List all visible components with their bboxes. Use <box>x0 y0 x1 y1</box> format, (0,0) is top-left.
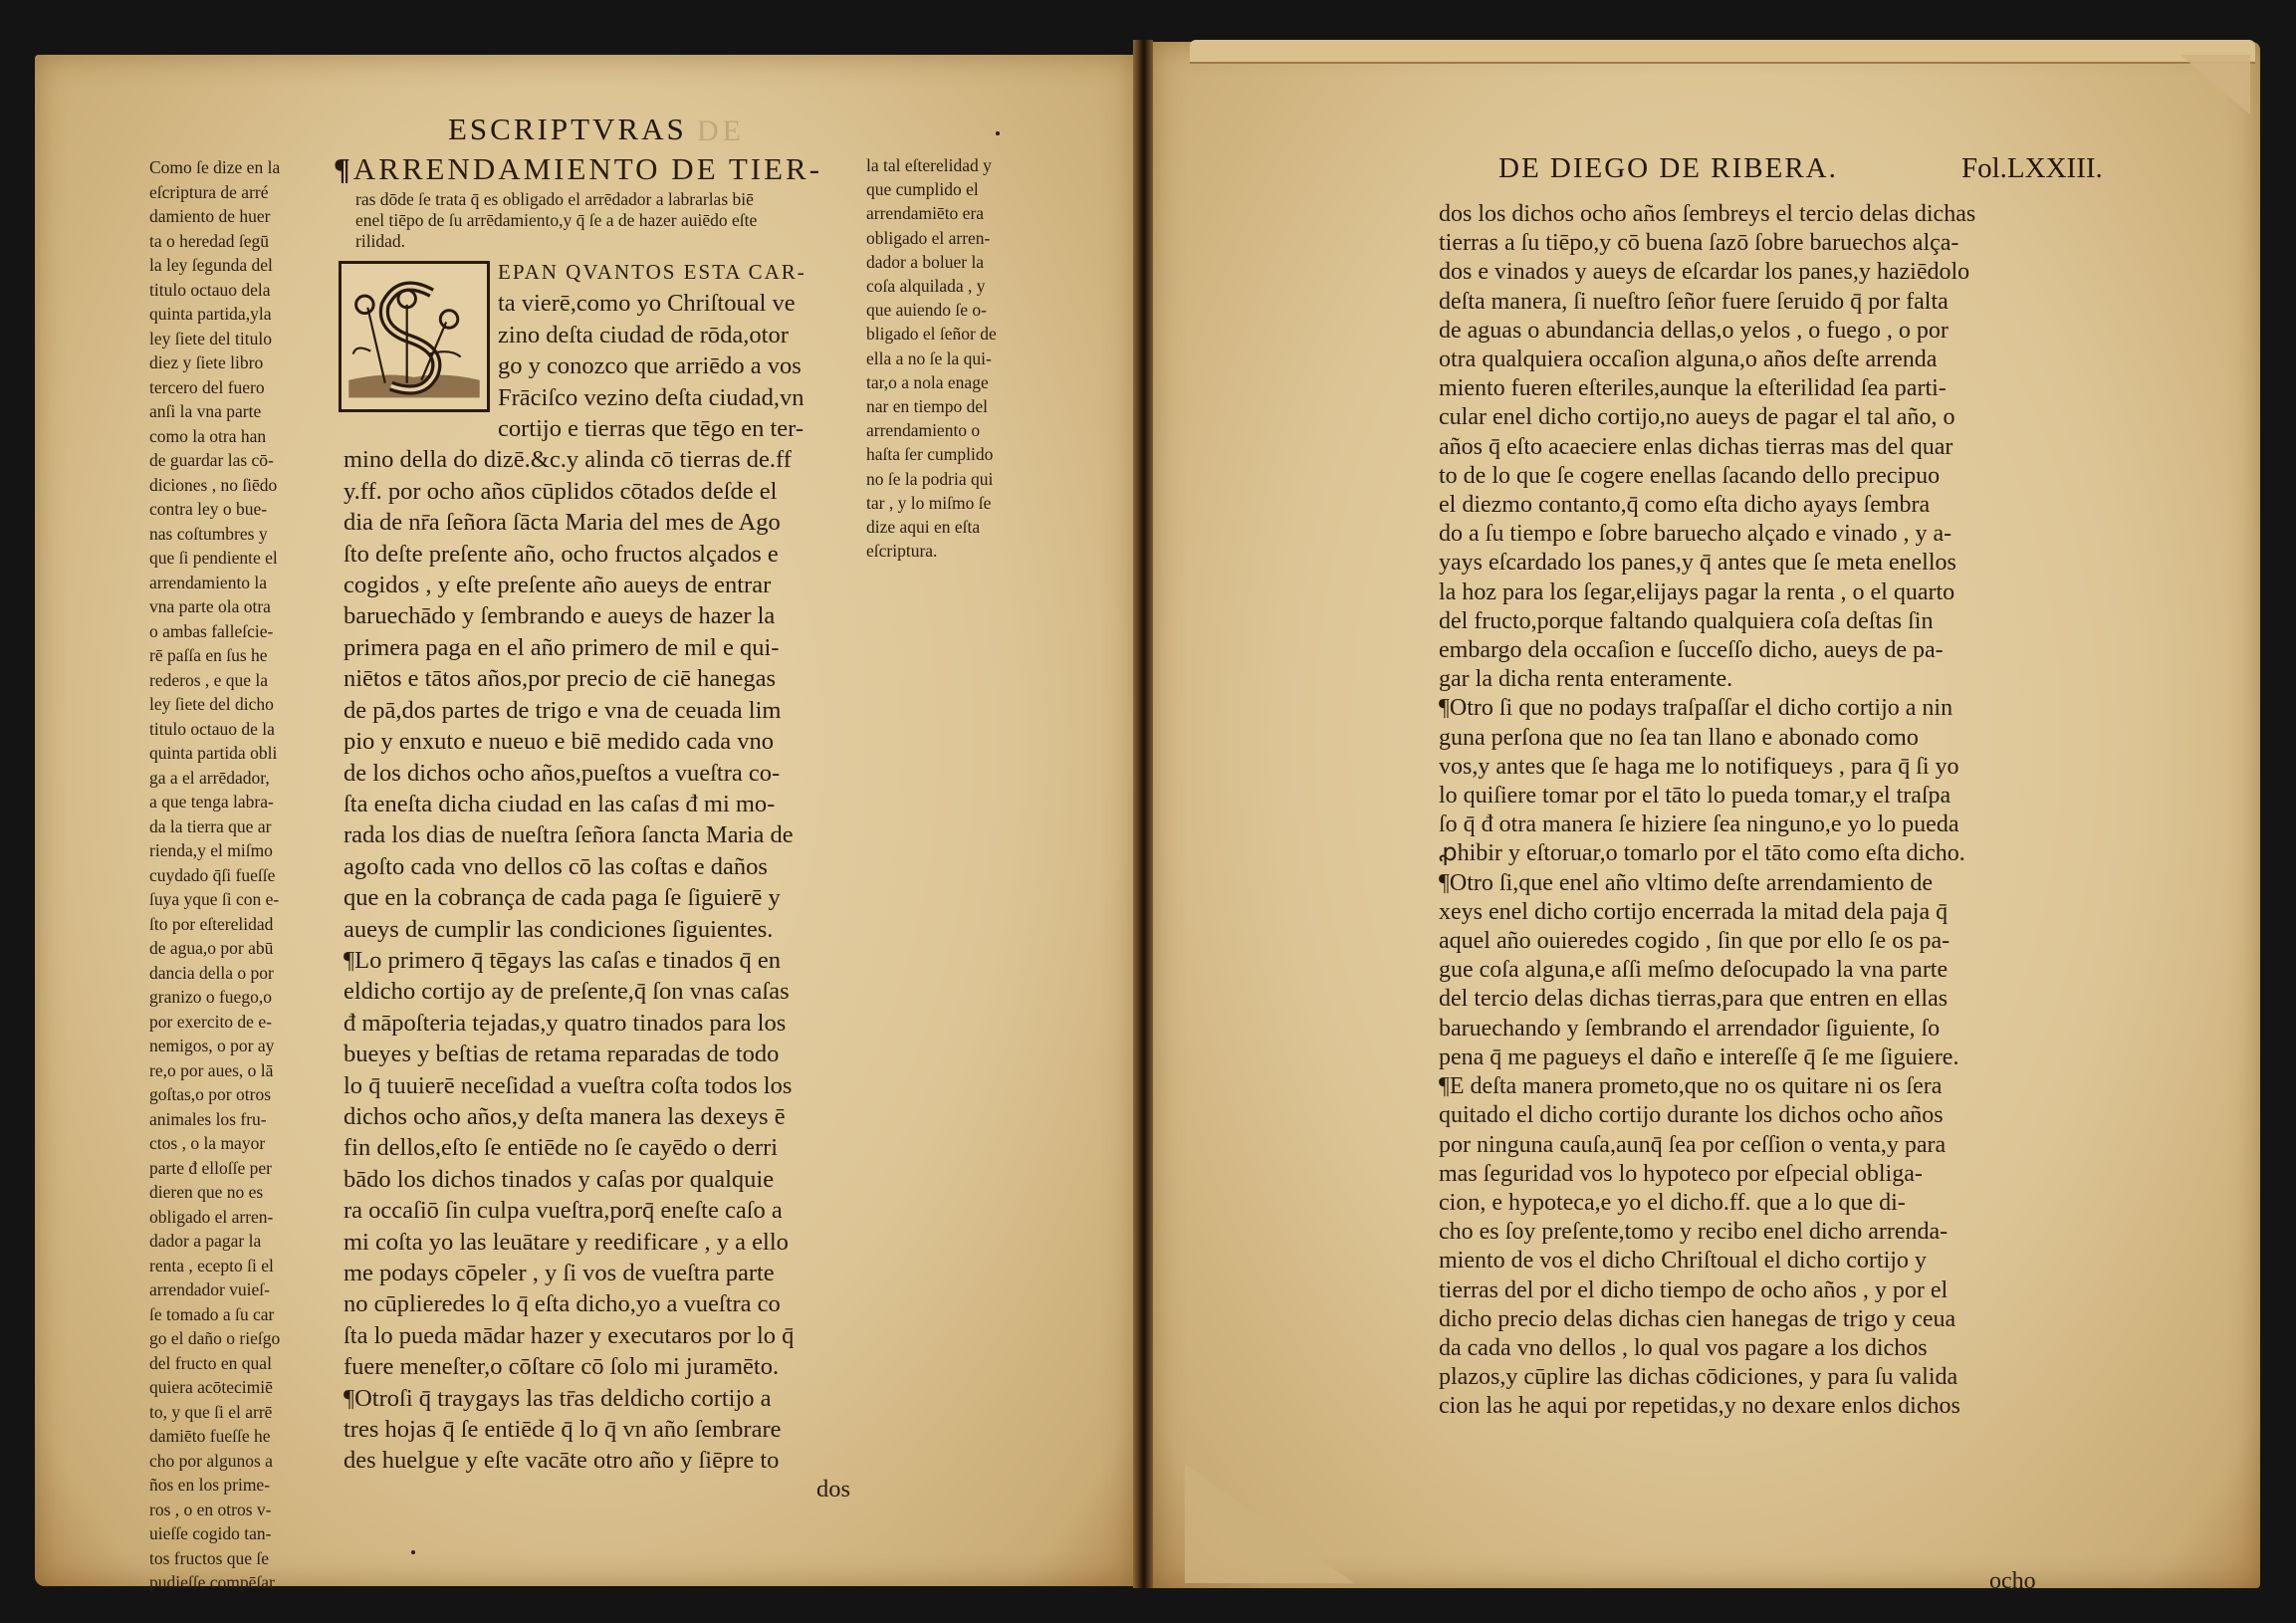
text-line: Como ſe dize en la <box>149 155 339 180</box>
text-line: de agua,o por abū <box>149 936 339 961</box>
text-line: ley ſiete del dicho <box>149 692 339 717</box>
text-line: ſto por eſterelidad <box>149 912 339 937</box>
text-line: obligado el arren- <box>149 1205 339 1230</box>
text-line: que cumplido el <box>866 177 1040 201</box>
text-line: EPAN QVANTOS ESTA CAR- <box>344 257 861 288</box>
text-line: goſtas,o por otros <box>149 1082 339 1107</box>
text-line: đ māpoſteria tejadas,y quatro tinados pa… <box>344 1008 861 1039</box>
right-main-text: dos los dichos ocho años ſembreys el ter… <box>1439 200 2076 1422</box>
text-line: guna perſona que no ſea tan llano e abon… <box>1439 724 2076 753</box>
text-line: plazos,y cūplire las dichas cōdiciones, … <box>1439 1363 2076 1392</box>
text-line: ga a el arrēdador, <box>149 766 339 791</box>
text-line: des huelgue y eſte vacāte otro año y ſiē… <box>344 1445 861 1476</box>
text-line: cular enel dicho cortijo,no aueys de pag… <box>1439 403 2076 432</box>
text-line: nemigos, o por ay <box>149 1034 339 1058</box>
text-line: aquel año ouieredes cogido , ſin que por… <box>1439 927 2076 956</box>
text-line: primera paga en el año primero de mil e … <box>344 632 861 663</box>
text-line: animales los fru- <box>149 1107 339 1132</box>
text-line: tierras a ſu tiēpo,y cō buena ſazō ſobre… <box>1439 229 2076 258</box>
text-line: cion las he aqui por repetidas,y no dexa… <box>1439 1392 2076 1421</box>
text-line: la ley ſegunda del <box>149 253 339 278</box>
text-line: damiēto fueſſe he <box>149 1424 339 1449</box>
ink-dot <box>411 1550 415 1554</box>
text-line: ctos , o la mayor <box>149 1131 339 1156</box>
text-line: pio y enxuto e nueuo e biē medido cada v… <box>344 726 861 757</box>
text-line: no ſe la podria qui <box>866 467 1040 491</box>
section-title: ¶ARRENDAMIENTO DE TIER- ras dōde ſe trat… <box>334 151 871 252</box>
text-line: uieſſe cogido tan- <box>149 1521 339 1546</box>
text-line: ños en los prime- <box>149 1473 339 1498</box>
text-line: mino della do dizē.&c.y alinda cō tierra… <box>344 444 861 475</box>
text-line: deſta manera, ſi nueſtro ſeñor fuere ſer… <box>1439 288 2076 317</box>
text-line: vos,y antes que ſe haga me lo notifiquey… <box>1439 753 2076 782</box>
text-line: zino deſta ciudad de rōda,otor <box>344 320 861 350</box>
text-line: titulo octauo de la <box>149 717 339 742</box>
text-line: cuydado q̄ſi fueſſe <box>149 863 339 888</box>
text-line: bligado el ſeñor de <box>866 322 1040 346</box>
text-line: ¶E deſta manera prometo,que no os quitar… <box>1439 1072 2076 1101</box>
text-line: la hoz para los ſegar,elijays pagar la r… <box>1439 579 2076 607</box>
text-line: ta o heredad ſegū <box>149 229 339 254</box>
text-line: ¶Otro ſi que no podays traſpaſſar el dic… <box>1439 694 2076 723</box>
text-line: gue coſa alguna,e aſſi meſmo deſocupado … <box>1439 956 2076 985</box>
right-running-head: DE DIEGO DE RIBERA. <box>1498 152 1838 185</box>
text-line: ꝓhibir y eſtoruar,o tomarlo por el tāto … <box>1439 839 2076 868</box>
text-line: anſi la vna parte <box>149 399 339 424</box>
text-line: de guardar las cō- <box>149 448 339 473</box>
text-line: otra qualquiera occaſion alguna,o años d… <box>1439 346 2076 374</box>
text-line: el diezmo contanto,q̄ como eſta dicho ay… <box>1439 491 2076 520</box>
text-line: arrendamiento la <box>149 571 339 595</box>
text-line: tres hojas q̄ ſe entiēde q̄ lo q̄ vn año… <box>344 1414 861 1445</box>
text-line: de aguas o abundancia dellas,o yelos , o… <box>1439 317 2076 346</box>
text-line: dieren que no es <box>149 1180 339 1205</box>
text-line: arrendamiento o <box>866 418 1040 442</box>
text-line: ſta eneſta dicha ciudad en las caſas đ m… <box>344 789 861 819</box>
book-gutter <box>1133 40 1153 1588</box>
text-line: dize aqui en eſta <box>866 515 1040 539</box>
text-line: por ninguna cauſa,aunq̄ ſea por ceſſion … <box>1439 1131 2076 1160</box>
text-line: bādo los dichos tinados y caſas por qual… <box>344 1164 861 1195</box>
text-line: lo q̄ tuuierē neceſidad a vueſtra coſta … <box>344 1070 861 1101</box>
right-margin-note: la tal eſterelidad yque cumplido elarren… <box>866 153 1040 563</box>
text-line: dador a boluer la <box>866 250 1040 274</box>
text-line: quinta partida obli <box>149 741 339 766</box>
text-line: Frāciſco vezino deſta ciudad,vn <box>344 382 861 413</box>
text-line: quinta partida,yla <box>149 302 339 327</box>
text-line: re,o por aues, o lā <box>149 1058 339 1083</box>
text-line: dicho precio delas dichas cien hanegas d… <box>1439 1305 2076 1334</box>
text-line: titulo octauo dela <box>149 278 339 303</box>
text-line: vna parte ola otra <box>149 594 339 619</box>
text-line: renta , ecepto ſi el <box>149 1254 339 1278</box>
text-line: y.ff. por ocho años cūplidos cōtados deſ… <box>344 476 861 507</box>
text-line: granizo o fuego,o <box>149 985 339 1010</box>
text-line: ley ſiete del titulo <box>149 327 339 351</box>
text-line: cho por algunos a <box>149 1449 339 1474</box>
right-catchword: ocho <box>1989 1568 2036 1595</box>
text-line: eſcriptura. <box>866 539 1040 563</box>
text-line: cortijo e tierras que tēgo en ter- <box>344 413 861 444</box>
text-line: años q̄ eſto acaeciere enlas dichas tier… <box>1439 433 2076 462</box>
text-line: tos fructos que ſe <box>149 1546 339 1571</box>
text-line: arrendador vuieſ- <box>149 1277 339 1302</box>
text-line: gar la dicha renta enteramente. <box>1439 665 2076 694</box>
text-line: ra occaſiō ſin culpa vueſtra,porq̄ eneſt… <box>344 1195 861 1226</box>
text-line: ſto deſte preſente año, ocho fructos alç… <box>344 539 861 570</box>
text-line: da cada vno dellos , lo qual vos pagare … <box>1439 1334 2076 1363</box>
text-line: que en la cobrança de cada paga ſe ſigui… <box>344 882 861 913</box>
text-line: dancia della o por <box>149 961 339 986</box>
text-line: pena q̄ me pagueys el daño e intereſſe q… <box>1439 1043 2076 1072</box>
text-line: yays eſcardado los panes,y q̄ antes que … <box>1439 549 2076 578</box>
text-line: diciones , no ſiēdo <box>149 473 339 498</box>
text-line: cho es ſoy preſente,tomo y recibo enel d… <box>1439 1218 2076 1247</box>
text-line: mi coſta yo las leuātare y reedificare ,… <box>344 1227 861 1258</box>
text-line: rilidad. <box>355 231 871 252</box>
text-line: me podays cōpeler , y ſi vos de vueſtra … <box>344 1258 861 1288</box>
text-line: del tercio delas dichas tierras,para que… <box>1439 985 2076 1014</box>
text-line: enel tiēpo de ſu arrēdamiento,y q̄ ſe a … <box>355 210 871 231</box>
text-line: ſuya yque ſi con e- <box>149 887 339 912</box>
text-line: que ſi pendiente el <box>149 546 339 571</box>
text-line: dichos ocho años,y deſta manera las dexe… <box>344 1101 861 1132</box>
text-line: pudieſſe compēſar <box>149 1570 339 1595</box>
text-line: tar,o a nola enage <box>866 370 1040 394</box>
text-line: ſta lo pueda mādar hazer y executaros po… <box>344 1320 861 1351</box>
text-line: contra ley o bue- <box>149 497 339 522</box>
text-line: agoſto cada vno dellos cō las coſtas e d… <box>344 851 861 882</box>
text-line: cion, e hypoteca,e yo el dicho.ff. que a… <box>1439 1189 2076 1218</box>
title-subtitle: ras dōde ſe trata q̄ es obligado el arrē… <box>334 189 871 252</box>
text-line: to de lo que ſe cogere enellas ſacando d… <box>1439 462 2076 491</box>
text-line: de pā,dos partes de trigo e vna de ceuad… <box>344 695 861 726</box>
left-main-text: EPAN QVANTOS ESTA CAR-ta vierē,como yo C… <box>344 257 861 1477</box>
show-through-text: DE <box>697 115 745 148</box>
text-line: baruechando y ſembrando el arrendador ſi… <box>1439 1015 2076 1043</box>
text-line: ella a no ſe la qui- <box>866 347 1040 370</box>
text-line: nar en tiempo del <box>866 394 1040 418</box>
text-line: rada los dias de nueſtra ſeñora ſancta M… <box>344 819 861 850</box>
text-line: rē paſſa en ſus he <box>149 643 339 668</box>
text-line: fuere meneſter,o cōſtare cō ſolo mi jura… <box>344 1351 861 1382</box>
text-line: damiento de huer <box>149 204 339 229</box>
text-line: ſo q̄ đ otra manera ſe hiziere ſea ningu… <box>1439 811 2076 839</box>
text-line: o ambas falleſcie- <box>149 619 339 644</box>
left-catchword: dos <box>816 1476 850 1504</box>
pilcrow-icon: ¶ <box>334 151 353 186</box>
text-line: cogidos , y eſte preſente año aueys de e… <box>344 570 861 600</box>
text-line: dador a pagar la <box>149 1229 339 1254</box>
text-line: de los dichos ocho años,pueſtos a vueſtr… <box>344 758 861 789</box>
text-line: to, y que ſi el arrē <box>149 1400 339 1425</box>
text-line: arrendamiēto era <box>866 201 1040 225</box>
text-line: fin dellos,eſto ſe entiēde no ſe cayēdo … <box>344 1132 861 1163</box>
text-line: parte đ elloſſe per <box>149 1156 339 1181</box>
text-line: ſe tomado a ſu car <box>149 1302 339 1327</box>
folio-number: Fol.LXXIII. <box>1961 152 2103 185</box>
text-line: bueyes y beſtias de retama reparadas de … <box>344 1039 861 1069</box>
text-line: dos e vinados y aueys de eſcardar los pa… <box>1439 258 2076 287</box>
text-line: haſta ſer cumplido <box>866 442 1040 466</box>
text-line: eldicho cortijo ay de preſente,q̄ ſon vn… <box>344 976 861 1007</box>
text-line: rederos , e que la <box>149 668 339 693</box>
text-line: embargo dela occaſion e ſucceſſo dicho, … <box>1439 636 2076 665</box>
text-line: mas ſeguridad vos lo hypoteco por eſpeci… <box>1439 1160 2076 1189</box>
text-line: nas coſtumbres y <box>149 522 339 547</box>
text-line: niētos e tātos años,por precio de ciē ha… <box>344 663 861 694</box>
text-line: a que tenga labra- <box>149 790 339 814</box>
text-line: tercero del fuero <box>149 375 339 400</box>
text-line: go el daño o rieſgo <box>149 1326 339 1351</box>
title-heading: ARRENDAMIENTO DE TIER- <box>353 151 822 186</box>
right-page-bottom-corner-fold <box>1185 1464 1354 1583</box>
text-line: miento fueren eſteriles,aunque la eſteri… <box>1439 374 2076 403</box>
text-line: do a ſu tiempo e ſobre baruecho alçado e… <box>1439 520 2076 549</box>
text-line: coſa alquilada , y <box>866 274 1040 298</box>
text-line: diez y ſiete libro <box>149 350 339 375</box>
text-line: dia de nr̄a ſeñora ſācta Maria del mes d… <box>344 507 861 538</box>
text-line: no cūplieredes lo q̄ eſta dicho,yo a vue… <box>344 1288 861 1319</box>
text-line: quitado el dicho cortijo durante los dic… <box>1439 1101 2076 1130</box>
text-line: ¶Otroſi q̄ traygays las tr̄as deldicho c… <box>344 1383 861 1414</box>
text-line: aueys de cumplir las condiciones ſiguien… <box>344 914 861 945</box>
text-line: tierras del por el dicho tiempo de ocho … <box>1439 1276 2076 1305</box>
text-line: ¶Lo primero q̄ tēgays las caſas e tinado… <box>344 945 861 976</box>
text-line: ¶Otro ſi,que enel año vltimo deſte arren… <box>1439 869 2076 898</box>
text-line: xeys enel dicho cortijo encerrada la mit… <box>1439 898 2076 927</box>
left-running-head: ESCRIPTVRAS <box>448 112 687 147</box>
text-line: miento de vos el dicho Chriſtoual el dic… <box>1439 1247 2076 1275</box>
text-line: obligado el arren- <box>866 226 1040 250</box>
text-line: que auiendo ſe o- <box>866 298 1040 322</box>
text-line: ras dōde ſe trata q̄ es obligado el arrē… <box>355 189 871 210</box>
text-line: eſcriptura de arré <box>149 180 339 205</box>
text-line: como la otra han <box>149 424 339 449</box>
right-page-top-fold <box>1190 40 2255 64</box>
text-line: quiera acōtecimiē <box>149 1375 339 1400</box>
text-line: dos los dichos ocho años ſembreys el ter… <box>1439 200 2076 229</box>
text-line: lo quiſiere tomar por el tāto lo pueda t… <box>1439 782 2076 811</box>
text-line: ros , o en otros v- <box>149 1498 339 1522</box>
text-line: tar , y lo miſmo ſe <box>866 491 1040 515</box>
text-line: da la tierra que ar <box>149 814 339 839</box>
text-line: la tal eſterelidad y <box>866 153 1040 177</box>
text-line: por exercito de e- <box>149 1010 339 1035</box>
text-line: baruechādo y ſembrando e aueys de hazer … <box>344 600 861 631</box>
ink-dot <box>996 131 1000 135</box>
text-line: rienda,y el miſmo <box>149 838 339 863</box>
text-line: del fructo en qual <box>149 1351 339 1376</box>
text-line: del fructo,porque faltando qualquiera co… <box>1439 607 2076 636</box>
left-margin-note: Como ſe dize en laeſcriptura de arrédami… <box>149 155 339 1595</box>
text-line: ta vierē,como yo Chriſtoual ve <box>344 288 861 319</box>
text-line: go y conozco que arriēdo a vos <box>344 350 861 381</box>
